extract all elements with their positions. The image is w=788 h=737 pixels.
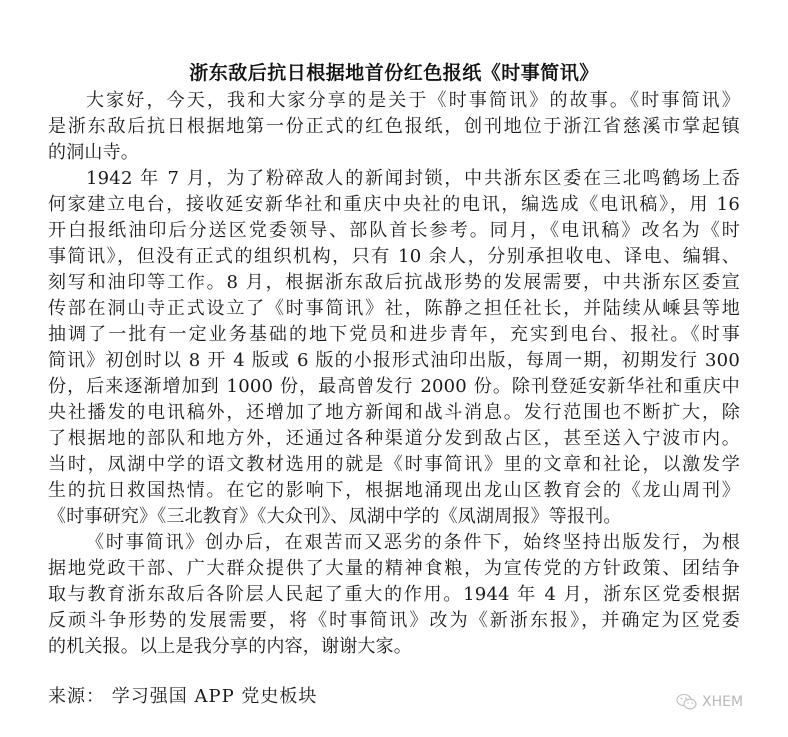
- article-title: 浙东敌后抗日根据地首份红色报纸《时事简讯》: [48, 60, 740, 88]
- paragraph-line: 生的抗日救国热情。在它的影响下，根据地涌现出龙山区教育会的《龙山周刊》: [48, 478, 740, 504]
- paragraph-line: 取与教育浙东敌后各阶层人民起了重大的作用。1944 年 4 月，浙东区党委根据: [48, 582, 740, 608]
- paragraph-line: 事简讯》，但没有正式的组织机构，只有 10 余人，分别承担收电、译电、编辑、: [48, 244, 740, 270]
- paragraph-line: 开白报纸油印后分送区党委领导、部队首长参考。同月，《电讯稿》改名为《时: [48, 218, 740, 244]
- paragraph-line: 据地党政干部、广大群众提供了大量的精神食粮，为宣传党的方针政策、团结争: [48, 556, 740, 582]
- wechat-icon: [676, 693, 698, 711]
- paragraph-line: 何家建立电台，接收延安新华社和重庆中央社的电讯，编选成《电讯稿》，用 16: [48, 192, 740, 218]
- paragraph-line: 大家好，今天，我和大家分享的是关于《时事简讯》的故事。《时事简讯》: [48, 88, 740, 114]
- paragraph-1: 大家好，今天，我和大家分享的是关于《时事简讯》的故事。《时事简讯》 是浙东敌后抗…: [48, 88, 740, 166]
- paragraph-line: 抽调了一批有一定业务基础的地下党员和进步青年，充实到电台、报社。《时事: [48, 322, 740, 348]
- paragraph-line: 当时，凤湖中学的语文教材选用的就是《时事简讯》里的文章和社论，以激发学: [48, 452, 740, 478]
- paragraph-line: 简讯》初创时以 8 开 4 版或 6 版的小报形式油印出版，每周一期，初期发行 …: [48, 348, 740, 374]
- paragraph-line: 份，后来逐渐增加到 1000 份，最高曾发行 2000 份。除刊登延安新华社和重…: [48, 374, 740, 400]
- source-credit: 来源： 学习强国 APP 党史板块: [48, 685, 317, 709]
- paragraph-line: 传部在洞山寺正式设立了《时事简讯》社，陈静之担任社长，并陆续从嵊县等地: [48, 296, 740, 322]
- paragraph-line: 的洞山寺。: [48, 140, 740, 166]
- paragraph-line: 《时事简讯》创办后，在艰苦而又恶劣的条件下，始终坚持出版发行，为根: [48, 530, 740, 556]
- paragraph-2: 1942 年 7 月，为了粉碎敌人的新闻封锁，中共浙东区委在三北鸣鹤场上岙 何家…: [48, 166, 740, 530]
- watermark: XHEM: [676, 693, 743, 711]
- paragraph-line: 反顽斗争形势的发展需要，将《时事简讯》改为《新浙东报》，并确定为区党委: [48, 608, 740, 634]
- watermark-text: XHEM: [702, 694, 743, 710]
- paragraph-line: 了根据地的部队和地方外，还通过各种渠道分发到敌占区，甚至送入宁波市内。: [48, 426, 740, 452]
- source-label: 来源：: [48, 686, 105, 707]
- paragraph-line: 1942 年 7 月，为了粉碎敌人的新闻封锁，中共浙东区委在三北鸣鹤场上岙: [48, 166, 740, 192]
- paragraph-line: 是浙东敌后抗日根据地第一份正式的红色报纸，创刊地位于浙江省慈溪市掌起镇: [48, 114, 740, 140]
- paragraph-line: 《时事研究》《三北教育》《大众刊》、凤湖中学的《凤湖周报》等报刊。: [48, 504, 740, 530]
- article: 浙东敌后抗日根据地首份红色报纸《时事简讯》 大家好，今天，我和大家分享的是关于《…: [48, 60, 740, 660]
- source-value: 学习强国 APP 党史板块: [112, 686, 318, 707]
- paragraph-line: 的机关报。以上是我分享的内容，谢谢大家。: [48, 634, 740, 660]
- paragraph-line: 央社播发的电讯稿外，还增加了地方新闻和战斗消息。发行范围也不断扩大，除: [48, 400, 740, 426]
- paragraph-line: 刻写和油印等工作。8 月，根据浙东敌后抗战形势的发展需要，中共浙东区委宣: [48, 270, 740, 296]
- paragraph-3: 《时事简讯》创办后，在艰苦而又恶劣的条件下，始终坚持出版发行，为根 据地党政干部…: [48, 530, 740, 660]
